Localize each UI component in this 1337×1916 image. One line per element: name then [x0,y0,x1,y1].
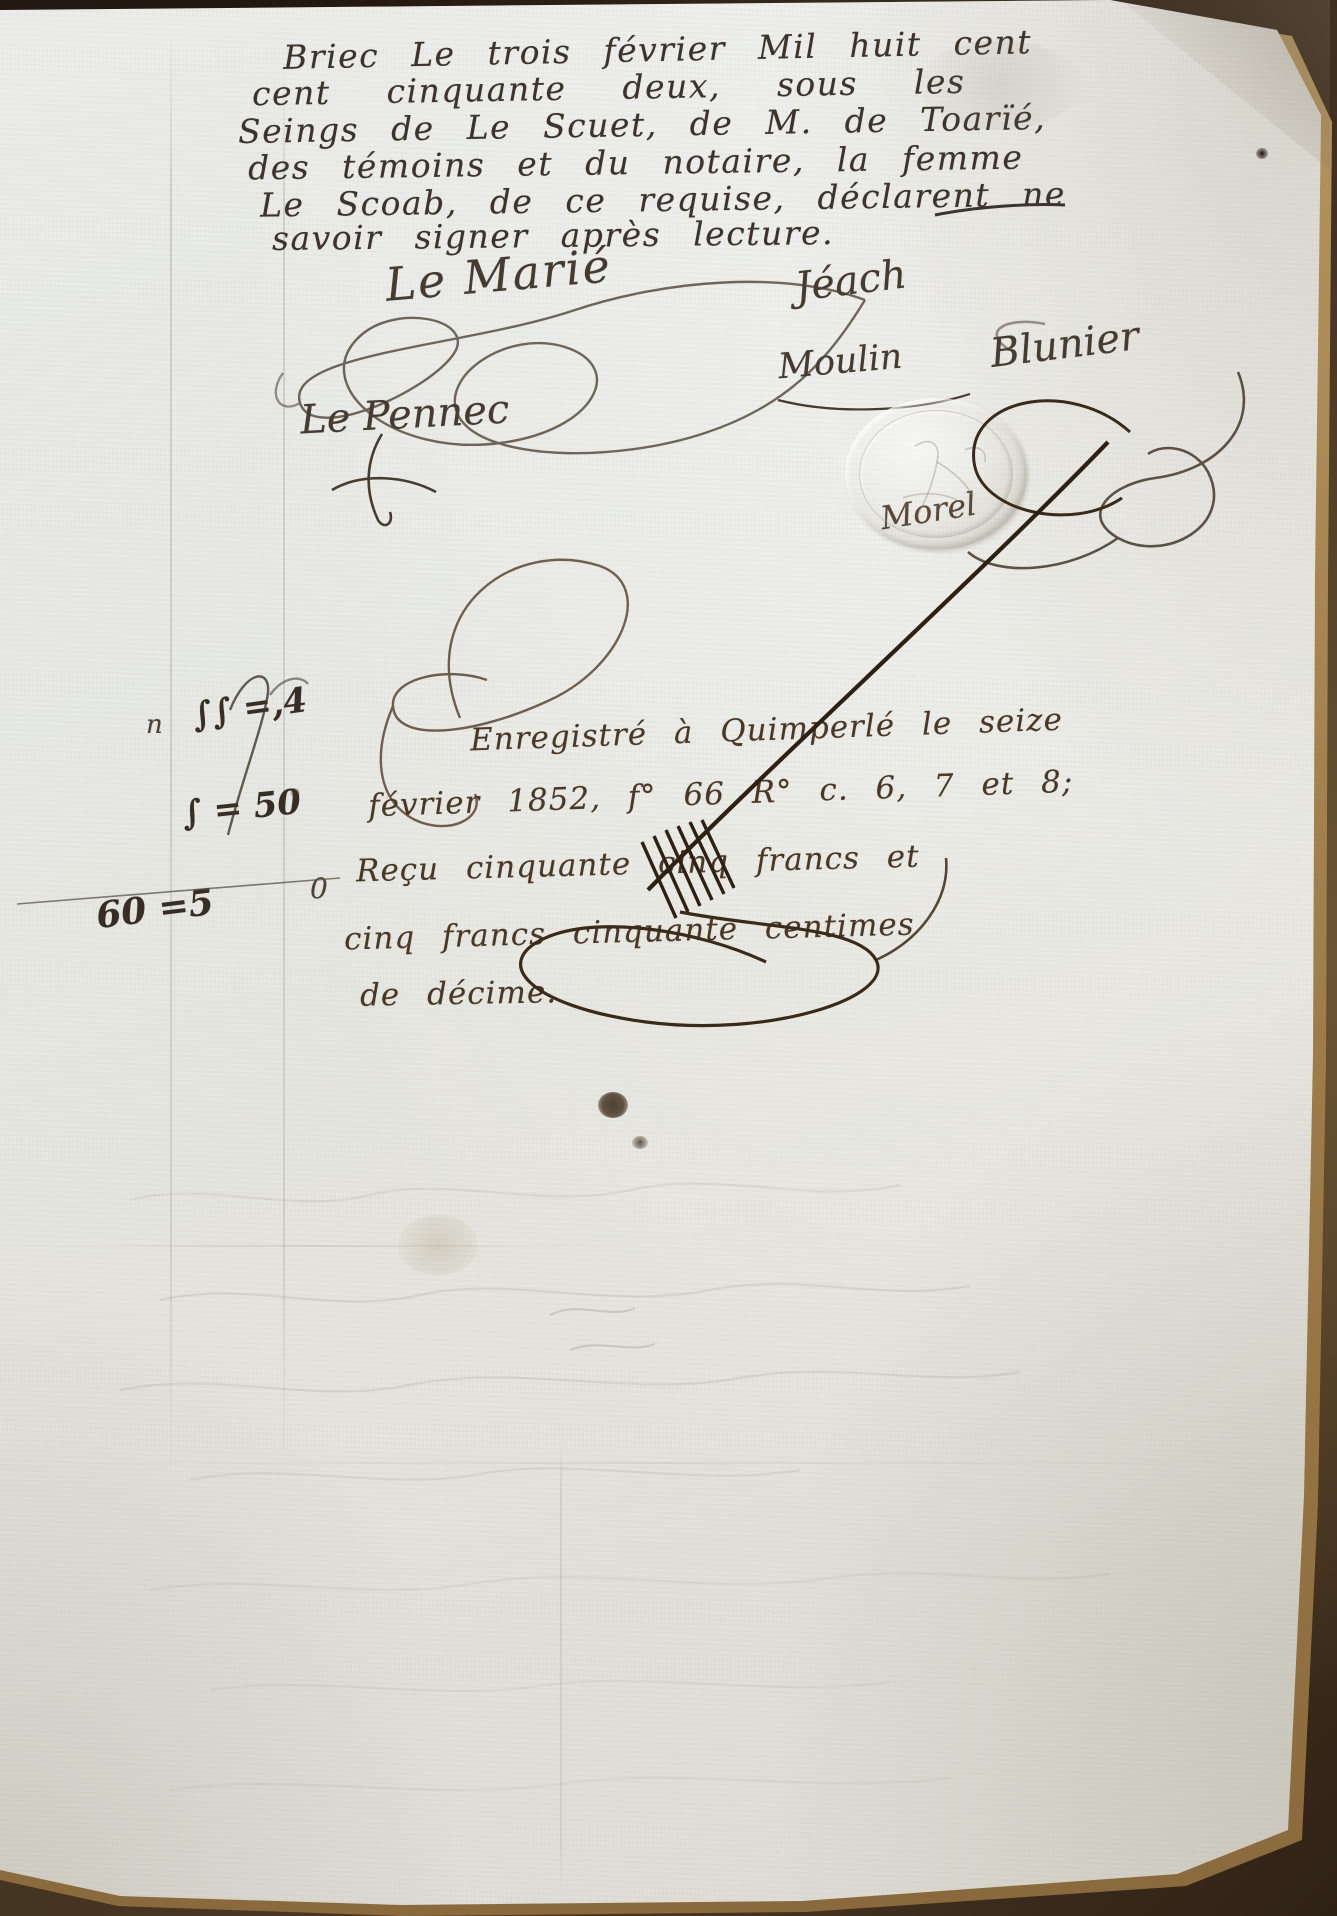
small-spot [290,788,300,797]
margin-strikethrough-line [15,870,345,910]
smudge-top [920,40,1080,130]
registrar-grand-paraph [430,370,1190,1050]
photo-of-manuscript: Briec Le trois février Mil huit cent cen… [0,0,1337,1916]
margin-flourish-loops [150,640,330,860]
bleed-through-ghost-writing [70,1120,1270,1880]
closing-dash-stroke [930,195,1070,225]
edge-spot [1256,148,1268,159]
ink-stain-large [598,1092,628,1118]
